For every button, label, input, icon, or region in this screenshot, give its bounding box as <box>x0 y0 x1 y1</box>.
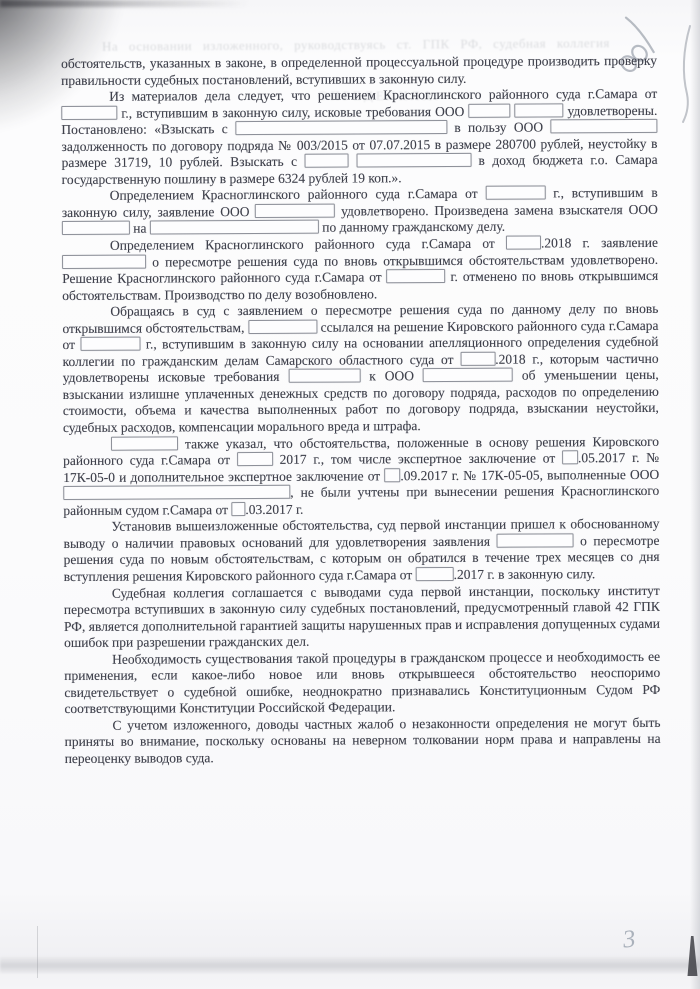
paragraph: Необходимость существования такой процед… <box>64 649 660 718</box>
redaction-box <box>356 153 471 168</box>
document-paragraphs: обстоятельств, указанных в законе, в опр… <box>61 53 661 768</box>
redaction-box <box>235 120 447 135</box>
scanned-document-page: На основании изложенного, руководствуясь… <box>0 0 700 989</box>
paragraph: Установив вышеизложенные обстоятельства,… <box>63 516 659 585</box>
redaction-box <box>248 319 317 333</box>
redaction-box <box>485 186 545 200</box>
redaction-box <box>62 254 146 268</box>
redaction-box <box>255 203 335 217</box>
paragraph: Определением Красноглинского районного с… <box>62 185 658 238</box>
paragraph: Определением Красноглинского районного с… <box>62 235 658 304</box>
redaction-box <box>460 352 495 366</box>
redaction-box <box>150 220 319 235</box>
redaction-box <box>288 369 360 383</box>
redaction-box <box>506 236 541 250</box>
redaction-box <box>80 337 140 351</box>
paragraph: Судебная коллегия соглашается с выводами… <box>64 582 660 651</box>
redaction-box <box>423 368 513 382</box>
redaction-box <box>305 154 349 168</box>
redaction-box <box>62 221 130 235</box>
redaction-box <box>387 269 446 283</box>
redaction-box <box>384 468 400 482</box>
redaction-box <box>550 119 657 134</box>
redaction-box <box>468 103 510 117</box>
redaction-box <box>231 502 245 516</box>
paragraph: также указал, что обстоятельства, положе… <box>63 433 659 519</box>
redaction-box <box>562 450 578 464</box>
handwritten-page-number: 3 <box>622 925 637 954</box>
redaction-box <box>111 436 178 450</box>
paragraph: обстоятельств, указанных в законе, в опр… <box>61 53 657 89</box>
redaction-box <box>514 103 563 117</box>
paragraph: Из материалов дела следует, что решением… <box>61 86 658 188</box>
redaction-box <box>237 452 273 466</box>
paragraph: Обращаясь в суд с заявлением о пересмотр… <box>62 301 659 436</box>
redaction-box <box>496 533 573 547</box>
redaction-box <box>61 105 117 119</box>
redaction-box <box>416 567 454 581</box>
paragraph: С учетом изложенного, доводы частных жал… <box>64 715 660 768</box>
redaction-box <box>63 485 290 500</box>
